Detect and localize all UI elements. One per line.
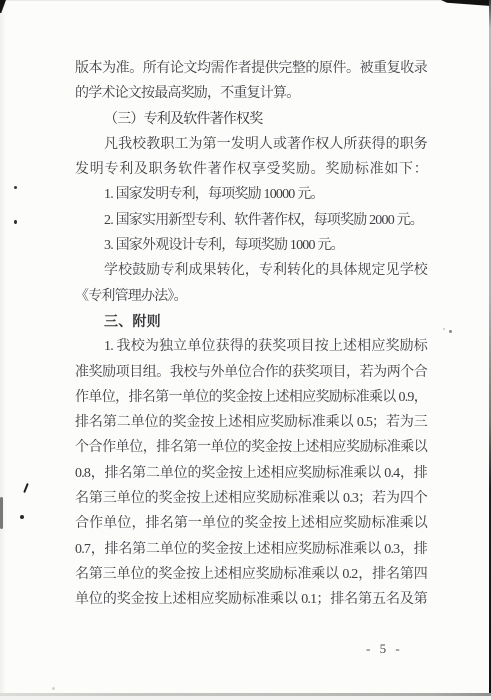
doc-line: 个合作单位，排名第一单位的奖金按上述相应奖励标准乘以 bbox=[75, 435, 427, 460]
list-item-invention-patent: 1. 国家发明专利，每项奖励 10000 元。 bbox=[75, 182, 427, 207]
doc-line: 凡我校教职工为第一发明人或著作权人所获得的职务 bbox=[75, 132, 427, 157]
doc-line: 版本为准。所有论文均需作者提供完整的原件。被重复收录 bbox=[75, 56, 427, 81]
scan-mark-top-right bbox=[441, 0, 491, 6]
body-text-block: 版本为准。所有论文均需作者提供完整的原件。被重复收录 的学术论文按最高奖励，不重… bbox=[75, 56, 427, 613]
doc-line: 排名第二单位的奖金按上述相应奖励标准乘以 0.5；若为三 bbox=[75, 410, 427, 435]
page-number: - 5 - bbox=[366, 641, 403, 657]
ink-speck bbox=[23, 483, 29, 493]
heading-section-patent-copyright-award: （三）专利及软件著作权奖 bbox=[75, 107, 427, 132]
doc-line: 发明专利及职务软件著作权享受奖励。奖励标准如下： bbox=[75, 157, 427, 182]
doc-line: 单位的奖金按上述相应奖励标准乘以 0.1；排名第五名及第 bbox=[75, 587, 427, 612]
ink-speck bbox=[20, 515, 24, 519]
heading-appendix: 三、附则 bbox=[75, 309, 427, 334]
ink-speck bbox=[443, 328, 445, 330]
doc-line: 0.7，排名第二单位的奖金按上述相应奖励标准乘以 0.3，排 bbox=[75, 537, 427, 562]
doc-line: 合作单位，排名第一单位的奖金按上述相应奖励标准乘以 bbox=[75, 511, 427, 536]
ink-speck bbox=[14, 186, 17, 189]
doc-line: 学校鼓励专利成果转化，专利转化的具体规定见学校 bbox=[75, 258, 427, 283]
scan-margin-below bbox=[0, 696, 491, 700]
scan-edge-left-shade bbox=[0, 0, 6, 700]
list-item-utility-model-patent: 2. 国家实用新型专利、软件著作权，每项奖励 2000 元。 bbox=[75, 208, 427, 233]
doc-line: 1. 我校为独立单位获得的获奖项目按上述相应奖励标 bbox=[75, 334, 427, 359]
scan-edge-top bbox=[0, 0, 491, 1]
doc-line: 准奖励项目组。我校与外单位合作的获奖项目，若为两个合 bbox=[75, 360, 427, 385]
doc-line: 作单位，排名第一单位的奖金按上述相应奖励标准乘以 0.9， bbox=[75, 385, 427, 410]
scan-smudge-left bbox=[0, 497, 3, 529]
doc-line: 《专利管理办法》。 bbox=[75, 284, 427, 309]
doc-line: 0.8，排名第二单位的奖金按上述相应奖励标准乘以 0.4，排 bbox=[75, 461, 427, 486]
doc-line: 名第三单位的奖金按上述相应奖励标准乘以 0.2，排名第四 bbox=[75, 562, 427, 587]
doc-line: 的学术论文按最高奖励，不重复计算。 bbox=[75, 81, 427, 106]
ink-speck bbox=[52, 687, 55, 690]
doc-line: 名第三单位的奖金按上述相应奖励标准乘以 0.3；若为四个 bbox=[75, 486, 427, 511]
ink-speck bbox=[14, 220, 17, 224]
list-item-design-patent: 3. 国家外观设计专利，每项奖励 1000 元。 bbox=[75, 233, 427, 258]
ink-speck bbox=[449, 330, 452, 333]
scanned-document-page: 版本为准。所有论文均需作者提供完整的原件。被重复收录 的学术论文按最高奖励，不重… bbox=[0, 0, 491, 700]
